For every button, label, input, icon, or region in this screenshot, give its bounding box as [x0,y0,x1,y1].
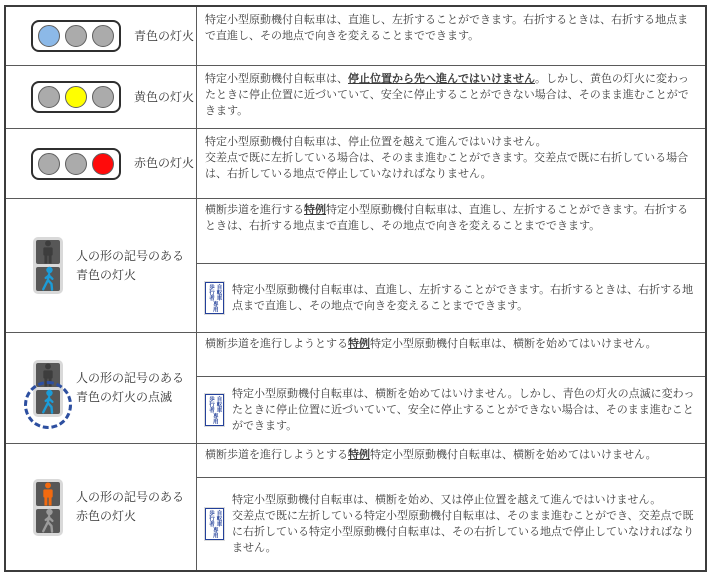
rule-subblock: 自転車 歩行者 専用 特定小型原動機付自転車は、横断を始め、又は停止位置を越えて… [197,477,705,570]
rule-text: 横断歩道を進行する特例特定小型原動機付自転車は、直進し、左折することができます。… [197,199,705,263]
signal-description-cell: 横断歩道を進行しようとする特例特定小型原動機付自転車は、横断を始めてはいけません… [197,443,705,570]
blue-lit-bulb [38,25,60,47]
signal-rules-table: 青色の灯火 特定小型原動機付自転車は、直進し、左折することができます。右折すると… [4,5,707,572]
pedestrian-signal-red-icon [33,479,63,536]
rule-subblock: 自転車 歩行者 専用 特定小型原動機付自転車は、直進し、左折することができます。… [197,263,705,332]
unlit-bulb [92,86,114,108]
signal-icon-cell: 人の形の記号のある 青色の灯火の点滅 [6,332,197,443]
bicycle-pedestrian-only-sign-icon: 自転車 歩行者 専用 [205,394,224,426]
standing-person-unlit-panel [36,240,60,264]
unlit-bulb [65,25,87,47]
unlit-bulb [38,86,60,108]
rule-text: 特定小型原動機付自転車は、停止位置を越えて進んではいけません。交差点で既に左折し… [197,129,705,198]
signal-icon-cell: 赤色の灯火 [6,128,197,198]
rule-text: 横断歩道を進行しようとする特例特定小型原動機付自転車は、横断を始めてはいけません… [197,444,705,477]
signal-description-cell: 横断歩道を進行しようとする特例特定小型原動機付自転車は、横断を始めてはいけません… [197,332,705,443]
traffic-light-yellow-icon [31,81,121,113]
signal-icon-cell: 人の形の記号のある 赤色の灯火 [6,443,197,570]
signal-description-cell: 特定小型原動機付自転車は、停止位置から先へ進んではいけません。しかし、黄色の灯火… [197,65,705,128]
yellow-lit-bulb [65,86,87,108]
signal-description-cell: 特定小型原動機付自転車は、停止位置を越えて進んではいけません。交差点で既に左折し… [197,128,705,198]
bicycle-pedestrian-only-sign-icon: 自転車 歩行者 専用 [205,282,224,314]
sign-text-bicycle: 自転車 [215,396,222,413]
rule-text: 横断歩道を進行しようとする特例特定小型原動機付自転車は、横断を始めてはいけません… [197,333,705,376]
rule-text: 特定小型原動機付自転車は、横断を始めてはいけません。しかし、青色の灯火の点滅に変… [232,386,697,434]
traffic-light-blue-icon [31,20,121,52]
traffic-light-red-icon [31,148,121,180]
unlit-bulb [65,153,87,175]
sign-text-pedestrian: 歩行者 [208,396,215,413]
signal-description-cell: 横断歩道を進行する特例特定小型原動機付自転車は、直進し、左折することができます。… [197,198,705,332]
signal-label: 赤色の灯火 [134,154,194,173]
signal-label: 人の形の記号のある 青色の灯火 [76,247,184,285]
unlit-bulb [92,25,114,47]
pedestrian-signal-blue-icon [33,237,63,294]
sign-text-bicycle: 自転車 [215,284,222,301]
signal-label: 人の形の記号のある 青色の灯火の点滅 [76,369,184,407]
standing-person-unlit-panel [36,363,60,387]
rule-text: 特定小型原動機付自転車は、横断を始め、又は停止位置を越えて進んではいけません。交… [232,492,697,556]
sign-text-bicycle: 自転車 [215,510,222,527]
unlit-bulb [38,153,60,175]
walking-person-blue-panel [36,267,60,291]
sign-text-only: 専用 [211,527,218,538]
bicycle-pedestrian-only-sign-icon: 自転車 歩行者 専用 [205,508,224,540]
sign-text-only: 専用 [211,301,218,312]
walking-person-blue-panel [36,390,60,414]
rule-text: 特定小型原動機付自転車は、直進し、左折することができます。右折するときは、右折す… [197,7,705,65]
signal-description-cell: 特定小型原動機付自転車は、直進し、左折することができます。右折するときは、右折す… [197,7,705,65]
sign-text-pedestrian: 歩行者 [208,510,215,527]
standing-person-red-panel [36,482,60,506]
signal-icon-cell: 青色の灯火 [6,7,197,65]
pedestrian-signal-blue-flashing-icon [33,360,63,417]
signal-icon-cell: 黄色の灯火 [6,65,197,128]
rule-text: 特定小型原動機付自転車は、停止位置から先へ進んではいけません。しかし、黄色の灯火… [197,66,705,128]
signal-label: 黄色の灯火 [134,88,194,107]
sign-text-only: 専用 [211,413,218,424]
red-lit-bulb [92,153,114,175]
walking-person-unlit-panel [36,509,60,533]
signal-icon-cell: 人の形の記号のある 青色の灯火 [6,198,197,332]
signal-label: 青色の灯火 [134,27,194,46]
rule-subblock: 自転車 歩行者 専用 特定小型原動機付自転車は、横断を始めてはいけません。しかし… [197,376,705,443]
sign-text-pedestrian: 歩行者 [208,284,215,301]
signal-label: 人の形の記号のある 赤色の灯火 [76,488,184,526]
rule-text: 特定小型原動機付自転車は、直進し、左折することができます。右折するときは、右折す… [232,282,697,314]
